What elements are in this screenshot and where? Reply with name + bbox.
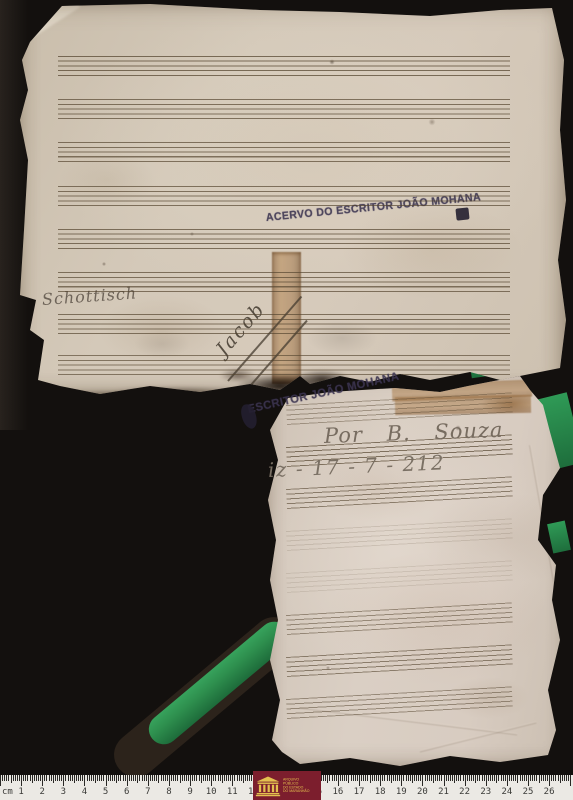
ruler-tick [498,775,499,781]
ruler-tick [427,775,428,781]
ruler-tick [351,775,352,781]
ruler-tick [180,775,181,783]
ruler-tick [247,775,248,781]
ruler-tick [146,775,147,781]
ruler-tick [106,775,107,786]
ruler-tick [133,775,134,781]
ruler-tick [243,775,244,783]
staff-lines [286,644,513,677]
ruler-tick [473,775,474,781]
ruler-number: 8 [160,787,178,797]
ruler-tick [38,775,39,781]
ruler-tick [456,775,457,781]
ruler-tick [494,775,495,781]
ruler-tick [97,775,98,781]
ruler-tick [524,775,525,781]
ruler-tick [490,775,491,781]
ruler-tick [135,775,136,781]
ruler-tick [469,775,470,781]
ruler-tick [184,775,185,781]
ruler-tick [120,775,121,781]
ruler-tick [148,775,149,786]
ruler-tick [541,775,542,781]
ruler-tick [87,775,88,781]
ruler-tick [387,775,388,781]
ruler-tick [406,775,407,781]
staff-lines [286,476,513,509]
ruler-tick [150,775,151,781]
ruler-tick [123,775,124,781]
ruler-tick [19,775,20,781]
ruler-tick [53,775,54,783]
ruler-tick [393,775,394,781]
ruler-tick [25,775,26,781]
ruler-number: 1 [12,787,30,797]
ruler-tick [222,775,223,783]
ruler-tick [454,775,455,783]
ruler-tick [59,775,60,781]
ruler-tick [463,775,464,781]
ruler-tick [209,775,210,781]
ruler-tick [165,775,166,781]
staff-lines [58,272,510,292]
ruler-tick [55,775,56,781]
ruler-tick [44,775,45,781]
ruler-tick [175,775,176,781]
ruler-tick [110,775,111,781]
ruler-tick [384,775,385,781]
ruler-tick [40,775,41,781]
archive-logo: ARQUIVOPÚBLICODO ESTADODO MARANHÃO [253,771,321,800]
staff-lines [286,518,513,551]
ruler-tick [76,775,77,781]
ruler-tick [418,775,419,781]
ruler-tick [101,775,102,781]
ruler-tick [338,775,339,786]
ruler-tick [154,775,155,781]
ruler-tick [245,775,246,781]
ruler-tick [479,775,480,781]
ruler-tick [431,775,432,781]
ruler-tick [6,775,7,781]
ruler-tick [522,775,523,781]
ruler-number: 10 [202,787,220,797]
ruler-tick [520,775,521,781]
ruler-number: 19 [392,787,410,797]
ruler-tick [465,775,466,786]
ruler-tick [420,775,421,781]
ruler-tick [503,775,504,781]
ruler-number: 16 [329,787,347,797]
ruler-tick [89,775,90,781]
ruler-tick [167,775,168,781]
ruler-tick [78,775,79,781]
ruler-number: 23 [477,787,495,797]
ruler-tick [17,775,18,781]
ruler-tick [63,775,64,786]
ruler-tick [412,775,413,783]
ruler-tick [57,775,58,781]
ruler-tick [173,775,174,781]
staff-lines [286,686,513,719]
ruler-tick [530,775,531,781]
ruler-tick [249,775,250,781]
staff-lines [58,56,510,76]
ruler-tick [414,775,415,781]
ruler-tick [203,775,204,781]
ruler-tick [429,775,430,781]
ruler-tick [336,775,337,781]
ruler-tick [8,775,9,781]
ruler-tick [496,775,497,783]
ruler-tick [513,775,514,781]
ruler-tick [201,775,202,783]
ruler-tick [30,775,31,781]
ruler-tick [391,775,392,783]
ruler-tick [439,775,440,781]
ruler-tick [380,775,381,786]
ruler-tick [332,775,333,781]
ruler-number: 26 [540,787,558,797]
ruler-tick [433,775,434,783]
ruler-tick [112,775,113,781]
ruler-tick [446,775,447,781]
ruler-tick [482,775,483,781]
staff-lines [58,355,510,375]
ruler-tick [488,775,489,781]
ruler-tick [448,775,449,781]
ruler-tick [534,775,535,781]
ruler-tick [422,775,423,786]
ruler-tick [61,775,62,781]
ruler-number: 20 [413,787,431,797]
ruler-tick [95,775,96,783]
ruler-number: 11 [223,787,241,797]
paper-crease [529,445,557,593]
ruler-tick [344,775,345,781]
staff-lines [58,314,510,334]
ruler-tick [435,775,436,781]
ruler-tick [367,775,368,781]
ruler-tick [363,775,364,781]
ruler-number: 24 [498,787,516,797]
ruler-tick [452,775,453,781]
ruler-tick [99,775,100,781]
ruler-tick [547,775,548,781]
ruler-tick [397,775,398,781]
ruler-tick [526,775,527,781]
ruler-tick [458,775,459,781]
ruler-tick [188,775,189,781]
ruler-tick [142,775,143,781]
ruler-tick [346,775,347,781]
ruler-tick [186,775,187,781]
ruler-tick [27,775,28,781]
ruler-tick [560,775,561,783]
ruler-tick [334,775,335,781]
staff-lines [286,602,513,635]
ruler-tick [190,775,191,786]
ruler-tick [194,775,195,781]
ruler-tick [125,775,126,781]
ruler-tick [553,775,554,781]
ruler-tick [91,775,92,781]
ruler-tick [323,775,324,781]
ruler-tick [74,775,75,783]
ruler-tick [4,775,5,781]
staff-lines [58,142,510,162]
ruler-tick [177,775,178,781]
ruler-tick [192,775,193,781]
ruler-tick [161,775,162,781]
ruler-tick [144,775,145,781]
ruler-tick [566,775,567,781]
green-strap [143,616,296,751]
ruler-tick [230,775,231,781]
paper-crease [420,722,537,753]
ruler-tick [46,775,47,781]
ruler-tick [471,775,472,781]
ruler-tick [410,775,411,781]
ruler-tick [152,775,153,781]
ruler-tick [395,775,396,781]
staff-lines [58,186,510,206]
ruler-tick [239,775,240,781]
ruler-tick [401,775,402,786]
ruler-tick [137,775,138,783]
ruler-tick [32,775,33,783]
ruler-number: 22 [456,787,474,797]
ruler-tick [129,775,130,781]
ruler-tick [84,775,85,786]
ruler-tick [408,775,409,781]
ruler-number: 7 [139,787,157,797]
ruler-tick [568,775,569,781]
ruler-tick [444,775,445,786]
ruler-tick [460,775,461,781]
ruler-tick [23,775,24,781]
ruler-tick [116,775,117,783]
ruler-tick [484,775,485,781]
green-strap-fragment [547,520,571,553]
archive-building-icon [255,775,281,797]
ruler-number: 3 [54,787,72,797]
ruler-tick [49,775,50,781]
ruler-tick [536,775,537,781]
ruler-tick [80,775,81,781]
ruler-tick [389,775,390,781]
ruler-tick [199,775,200,781]
ruler-tick [327,775,328,783]
ruler-tick [103,775,104,781]
staff-lines [286,560,513,593]
ruler-tick [11,775,12,783]
ruler-tick [486,775,487,786]
ruler-tick [0,775,1,786]
ruler-tick [543,775,544,781]
ruler-tick [372,775,373,781]
ruler-tick [65,775,66,781]
ruler-tick [325,775,326,781]
manuscript-sheet-upper: ACERVO DO ESCRITOR JOÃO MOHANA Schottisc… [12,2,568,398]
ruler-tick [509,775,510,781]
ruler-tick [196,775,197,781]
ruler-tick [213,775,214,781]
manuscript-scan: ACERVO DO ESCRITOR JOÃO MOHANA Schottisc… [0,0,573,800]
ruler-tick [237,775,238,781]
ruler-tick [365,775,366,781]
ruler-tick [68,775,69,781]
ruler-tick [361,775,362,781]
ruler-tick [475,775,476,783]
ruler-tick [21,775,22,786]
ruler-number: 9 [181,787,199,797]
ruler-tick [416,775,417,781]
measurement-ruler: cm 1234567891011121314151617181920212223… [0,775,573,800]
ruler-tick [467,775,468,781]
ruler-number: 25 [519,787,537,797]
ruler-tick [558,775,559,781]
ruler-tick [215,775,216,781]
ruler-tick [564,775,565,781]
ruler-number: 2 [33,787,51,797]
ruler-tick [82,775,83,781]
ruler-tick [329,775,330,781]
ruler-tick [118,775,119,781]
staff-lines [58,99,510,119]
ruler-tick [492,775,493,781]
ruler-number: 6 [118,787,136,797]
ruler-tick [357,775,358,781]
ruler-tick [220,775,221,781]
staff-lines [58,229,510,249]
ruler-tick [505,775,506,781]
ruler-tick [545,775,546,781]
ruler-tick [403,775,404,781]
ruler-tick [226,775,227,781]
ruler-tick [399,775,400,781]
ruler-tick [515,775,516,781]
ruler-tick [570,775,571,786]
archive-logo-text: ARQUIVOPÚBLICODO ESTADODO MARANHÃO [283,778,309,794]
ruler-tick [114,775,115,781]
ruler-number: 18 [371,787,389,797]
ruler-number: 4 [76,787,94,797]
ruler-tick [42,775,43,786]
ruler-tick [555,775,556,781]
ruler-tick [36,775,37,781]
ruler-tick [437,775,438,781]
ruler-tick [93,775,94,781]
ruler-tick [51,775,52,781]
ruler-tick [355,775,356,781]
ruler-tick [532,775,533,781]
ruler-tick [13,775,14,781]
ruler-tick [507,775,508,786]
ruler-tick [158,775,159,783]
ruler-tick [340,775,341,781]
ruler-tick [139,775,140,781]
ruler-tick [72,775,73,781]
ruler-tick [169,775,170,786]
ruler-tick [228,775,229,781]
ruler-tick [348,775,349,783]
ruler-tick [370,775,371,783]
ruler-tick [127,775,128,786]
ruler-tick [232,775,233,786]
ruler-tick [163,775,164,781]
ruler-tick [549,775,550,786]
ruler-tick [342,775,343,781]
ruler-tick [171,775,172,781]
ruler-tick [374,775,375,781]
ruler-tick [376,775,377,781]
ruler-tick [15,775,16,781]
ruler-tick [511,775,512,781]
ruler-tick [131,775,132,781]
ruler-tick [353,775,354,781]
ruler-tick [211,775,212,786]
ruler-tick [378,775,379,781]
ruler-tick [234,775,235,781]
ruler-tick [156,775,157,781]
ruler-tick [501,775,502,781]
ruler-tick [450,775,451,781]
ruler-tick [539,775,540,783]
ruler-tick [108,775,109,781]
ruler-tick [562,775,563,781]
ruler-tick [218,775,219,781]
ruler-tick [182,775,183,781]
ruler-tick [382,775,383,781]
ruler-number: 21 [435,787,453,797]
ruler-tick [2,775,3,781]
ruler-tick [517,775,518,783]
ruler-tick [359,775,360,786]
ruler-tick [528,775,529,786]
ruler-number: 17 [350,787,368,797]
ruler-tick [551,775,552,781]
ruler-tick [205,775,206,781]
ruler-tick [224,775,225,781]
ruler-tick [207,775,208,781]
ruler-number: 5 [97,787,115,797]
ruler-tick [441,775,442,781]
ruler-tick [34,775,35,781]
stamp-ink-blot [455,207,469,220]
ruler-tick [425,775,426,781]
ruler-tick [477,775,478,781]
ruler-tick [321,775,322,781]
archive-logo-text-line: DO MARANHÃO [283,789,309,793]
ruler-tick [241,775,242,781]
ruler-tick [70,775,71,781]
